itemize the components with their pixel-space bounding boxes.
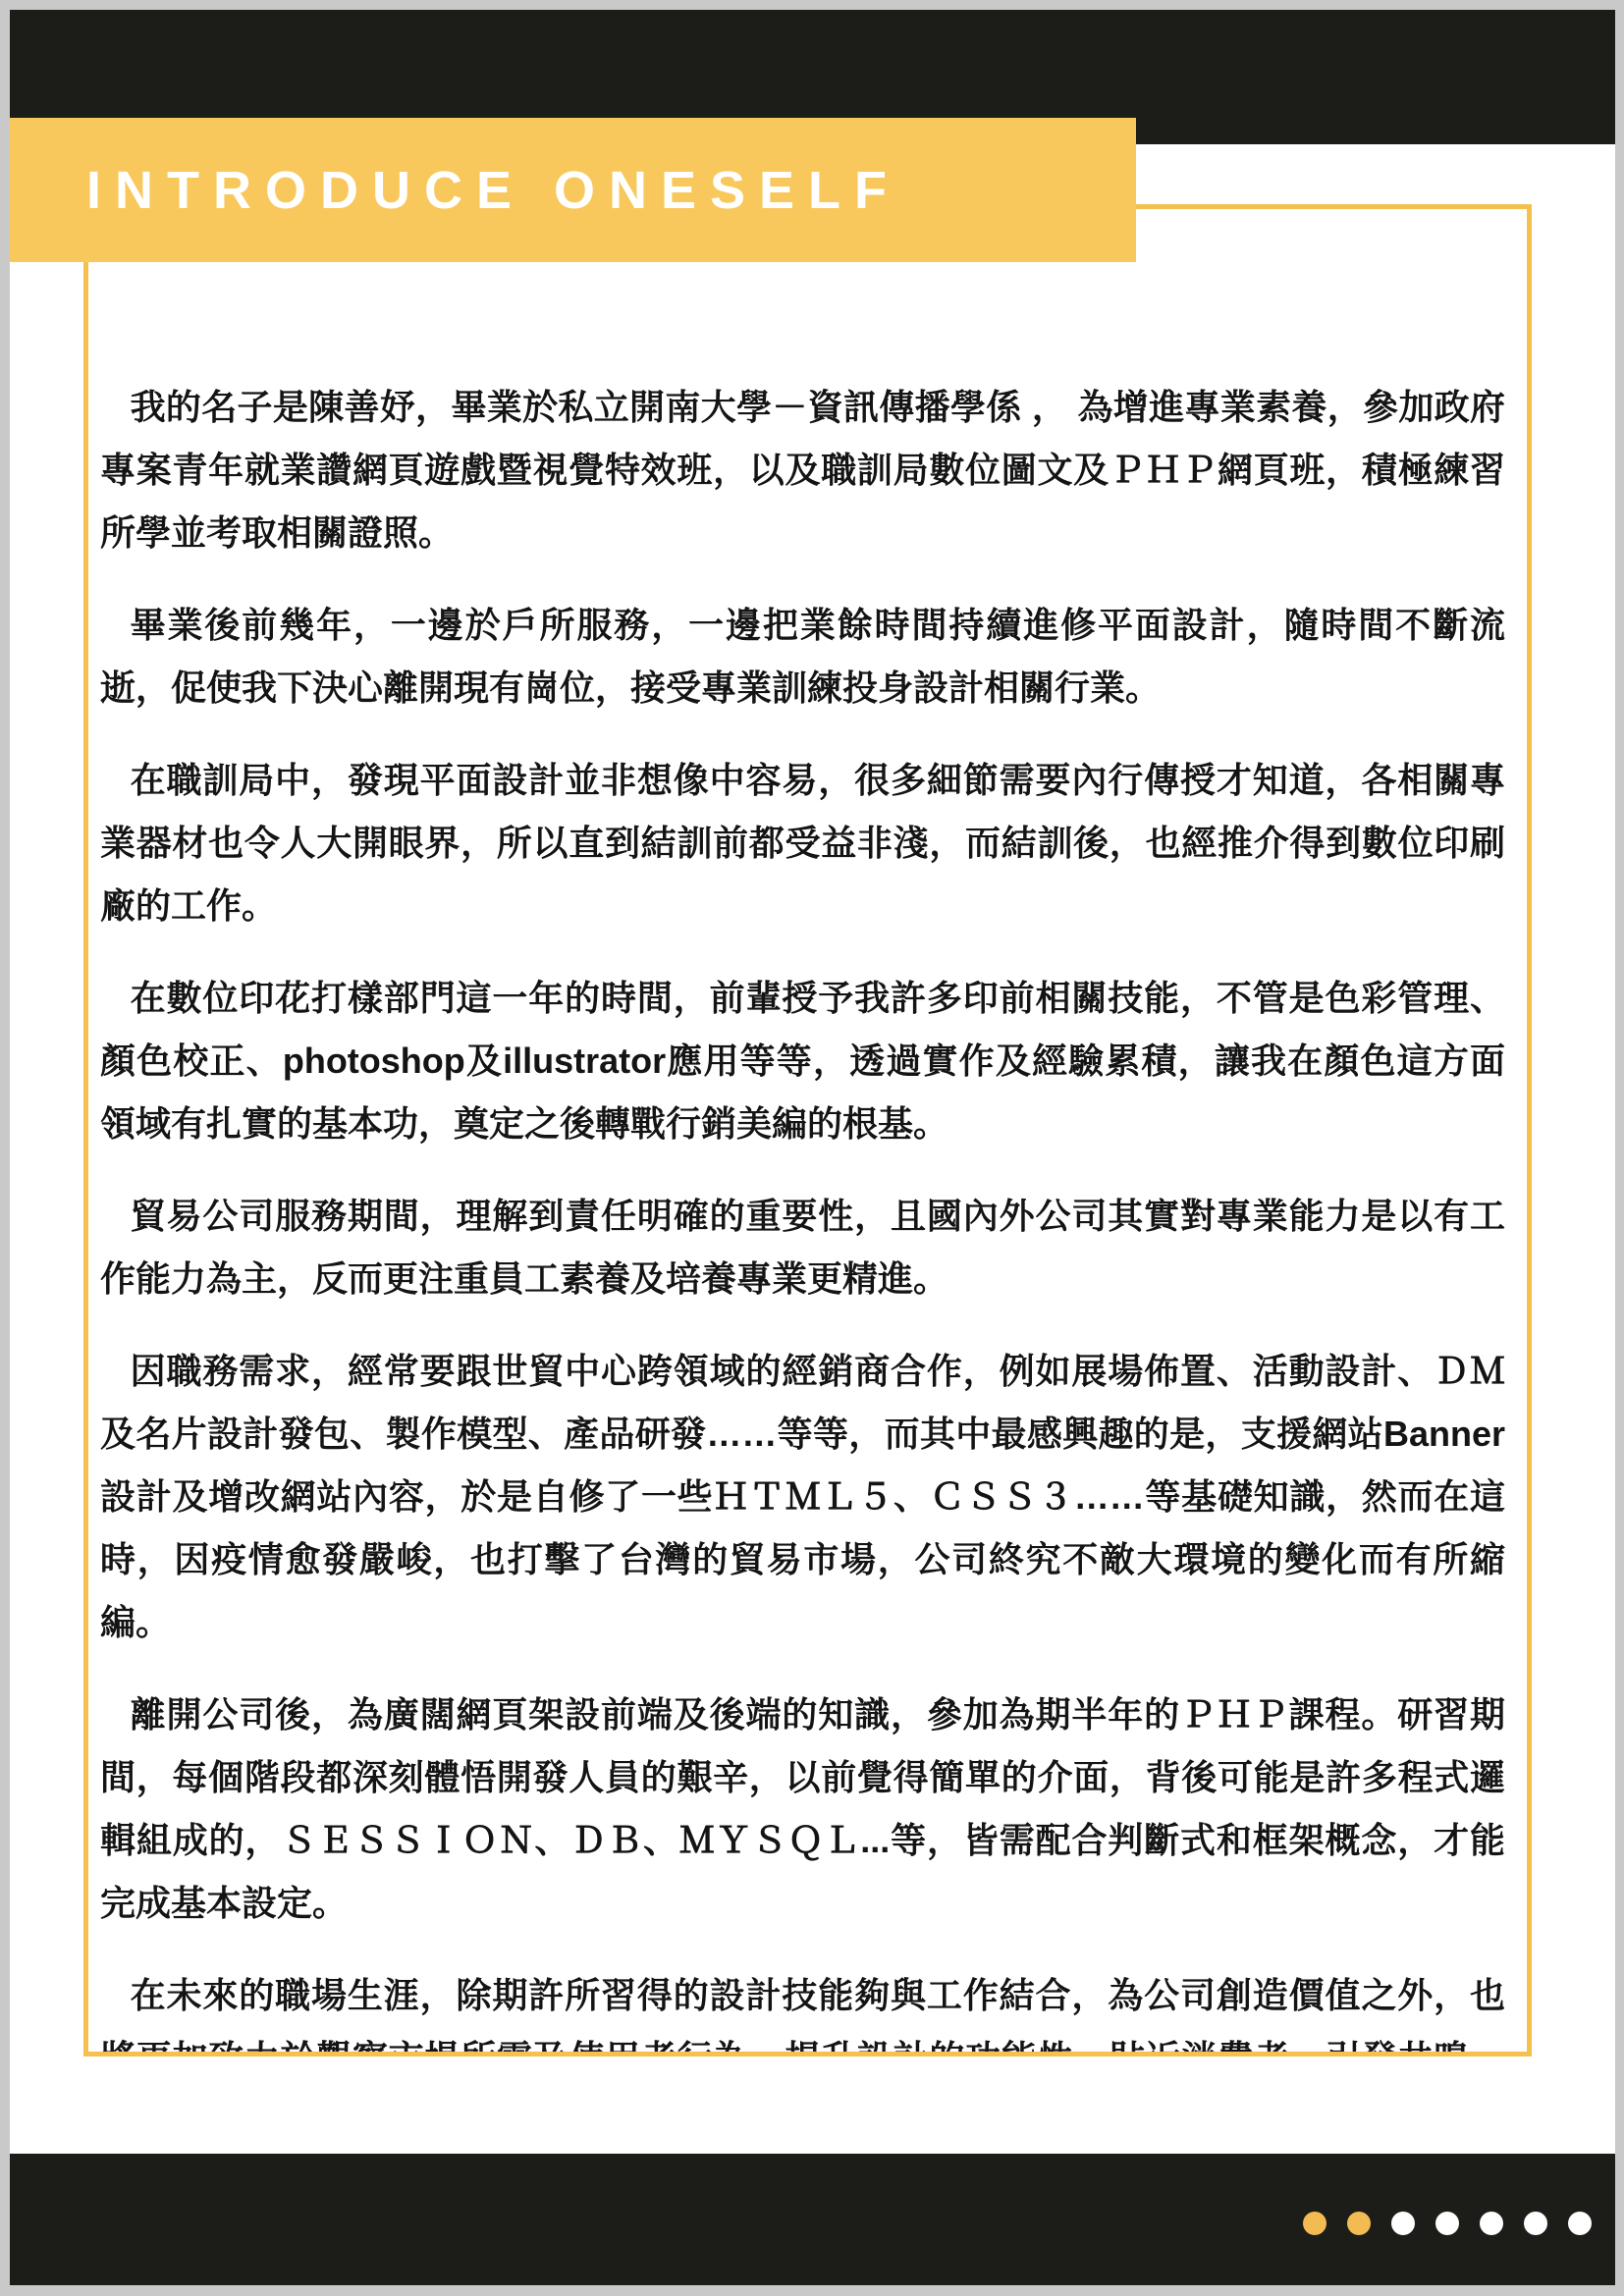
paragraph: 我的名子是陳善妤，畢業於私立開南大學－資訊傳播學係 ， 為增進專業素養，參加政府…: [100, 376, 1505, 564]
paragraph: 因職務需求，經常要跟世貿中心跨領域的經銷商合作，例如展場佈置、活動設計、ＤＭ及名…: [100, 1340, 1505, 1654]
paragraph: 畢業後前幾年，一邊於戶所服務，一邊把業餘時間持續進修平面設計，隨時間不斷流逝，促…: [100, 594, 1505, 720]
paragraph: 在數位印花打樣部門這一年的時間，前輩授予我許多印前相關技能，不管是色彩管理、顏色…: [100, 967, 1505, 1155]
page-indicator-dots: [1303, 2212, 1592, 2235]
page-title: INTRODUCE ONESELF: [10, 160, 900, 221]
page-indicator-dot: [1303, 2212, 1326, 2235]
introduction-content-box: 我的名子是陳善妤，畢業於私立開南大學－資訊傳播學係 ， 為增進專業素養，參加政府…: [83, 204, 1532, 2056]
footer-black-bar: [10, 2154, 1615, 2285]
page-indicator-dot: [1435, 2212, 1459, 2235]
self-introduction-text: 我的名子是陳善妤，畢業於私立開南大學－資訊傳播學係 ， 為增進專業素養，參加政府…: [88, 209, 1527, 2052]
page-indicator-dot: [1347, 2212, 1371, 2235]
paragraph: 貿易公司服務期間，理解到責任明確的重要性，且國內外公司其實對專業能力是以有工作能…: [100, 1185, 1505, 1310]
paragraph: 在職訓局中，發現平面設計並非想像中容易，很多細節需要內行傳授才知道，各相關專業器…: [100, 749, 1505, 937]
resume-page: INTRODUCE ONESELF 我的名子是陳善妤，畢業於私立開南大學－資訊傳…: [10, 10, 1615, 2285]
page-background: INTRODUCE ONESELF 我的名子是陳善妤，畢業於私立開南大學－資訊傳…: [0, 0, 1624, 2296]
title-banner: INTRODUCE ONESELF: [10, 118, 1136, 262]
paragraph: 離開公司後，為廣闊網頁架設前端及後端的知識，參加為期半年的ＰＨＰ課程。研習期間，…: [100, 1683, 1505, 1935]
paragraph: 在未來的職場生涯，除期許所習得的設計技能夠與工作結合，為公司創造價值之外，也將更…: [100, 1964, 1505, 2052]
page-indicator-dot: [1480, 2212, 1503, 2235]
page-indicator-dot: [1391, 2212, 1415, 2235]
page-indicator-dot: [1568, 2212, 1592, 2235]
page-indicator-dot: [1524, 2212, 1547, 2235]
